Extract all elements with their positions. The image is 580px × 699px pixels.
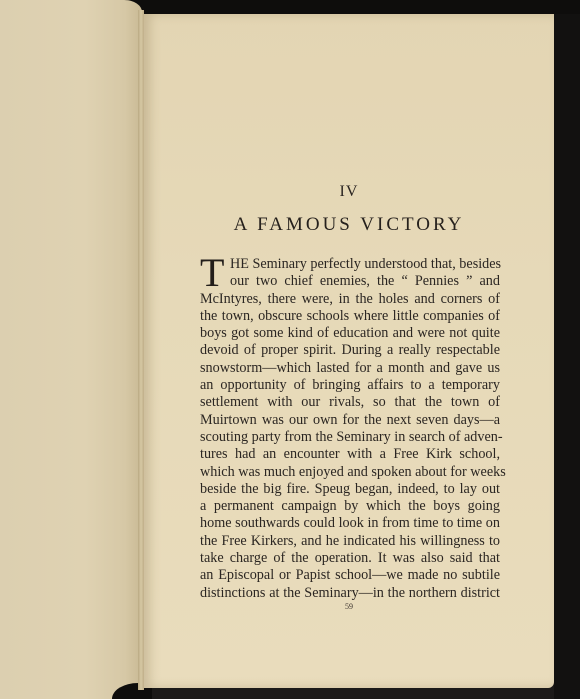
text-line: a permanent campaign by which the boys g… (200, 498, 500, 515)
body-paragraph: HE Seminary perfectly understood that, b… (200, 256, 500, 602)
text-line: the town, obscure schools where little c… (200, 308, 500, 325)
text-line: an Episcopal or Papist school—we made no… (200, 567, 500, 584)
text-line: scouting party from the Seminary in sear… (200, 429, 500, 446)
page-number: 59 (144, 602, 554, 611)
text-line: our two chief enemies, the “ Pennies ” a… (200, 273, 500, 290)
text-line: an opportunity of bringing affairs to a … (200, 377, 500, 394)
text-line: Muirtown was our own for the next seven … (200, 412, 500, 429)
text-line: devoid of proper spirit. During a really… (200, 342, 500, 359)
text-line: snowstorm—which lasted for a month and g… (200, 360, 500, 377)
book-cover-right-edge (554, 14, 580, 699)
text-line: boys got some kind of education and were… (200, 325, 500, 342)
text-line: which was much enjoyed and spoken about … (200, 464, 500, 481)
text-line: settlement with our rivals, so that the … (200, 394, 500, 411)
text-line: distinctions at the Seminary—in the nort… (200, 585, 500, 602)
text-line: McIntyres, there were, in the holes and … (200, 291, 500, 308)
text-line: beside the big fire. Speug began, indeed… (200, 481, 500, 498)
text-line: HE Seminary perfectly understood that, b… (200, 256, 500, 273)
left-page-blank (0, 0, 142, 699)
chapter-title: A FAMOUS VICTORY (144, 214, 554, 236)
chapter-number: IV (144, 183, 554, 201)
text-line: home southwards could look in from time … (200, 515, 500, 532)
text-line: tures had an encounter with a Free Kirk … (200, 446, 500, 463)
text-line: take charge of the operation. It was als… (200, 550, 500, 567)
text-line: the Free Kirkers, and he indicated his w… (200, 533, 500, 550)
